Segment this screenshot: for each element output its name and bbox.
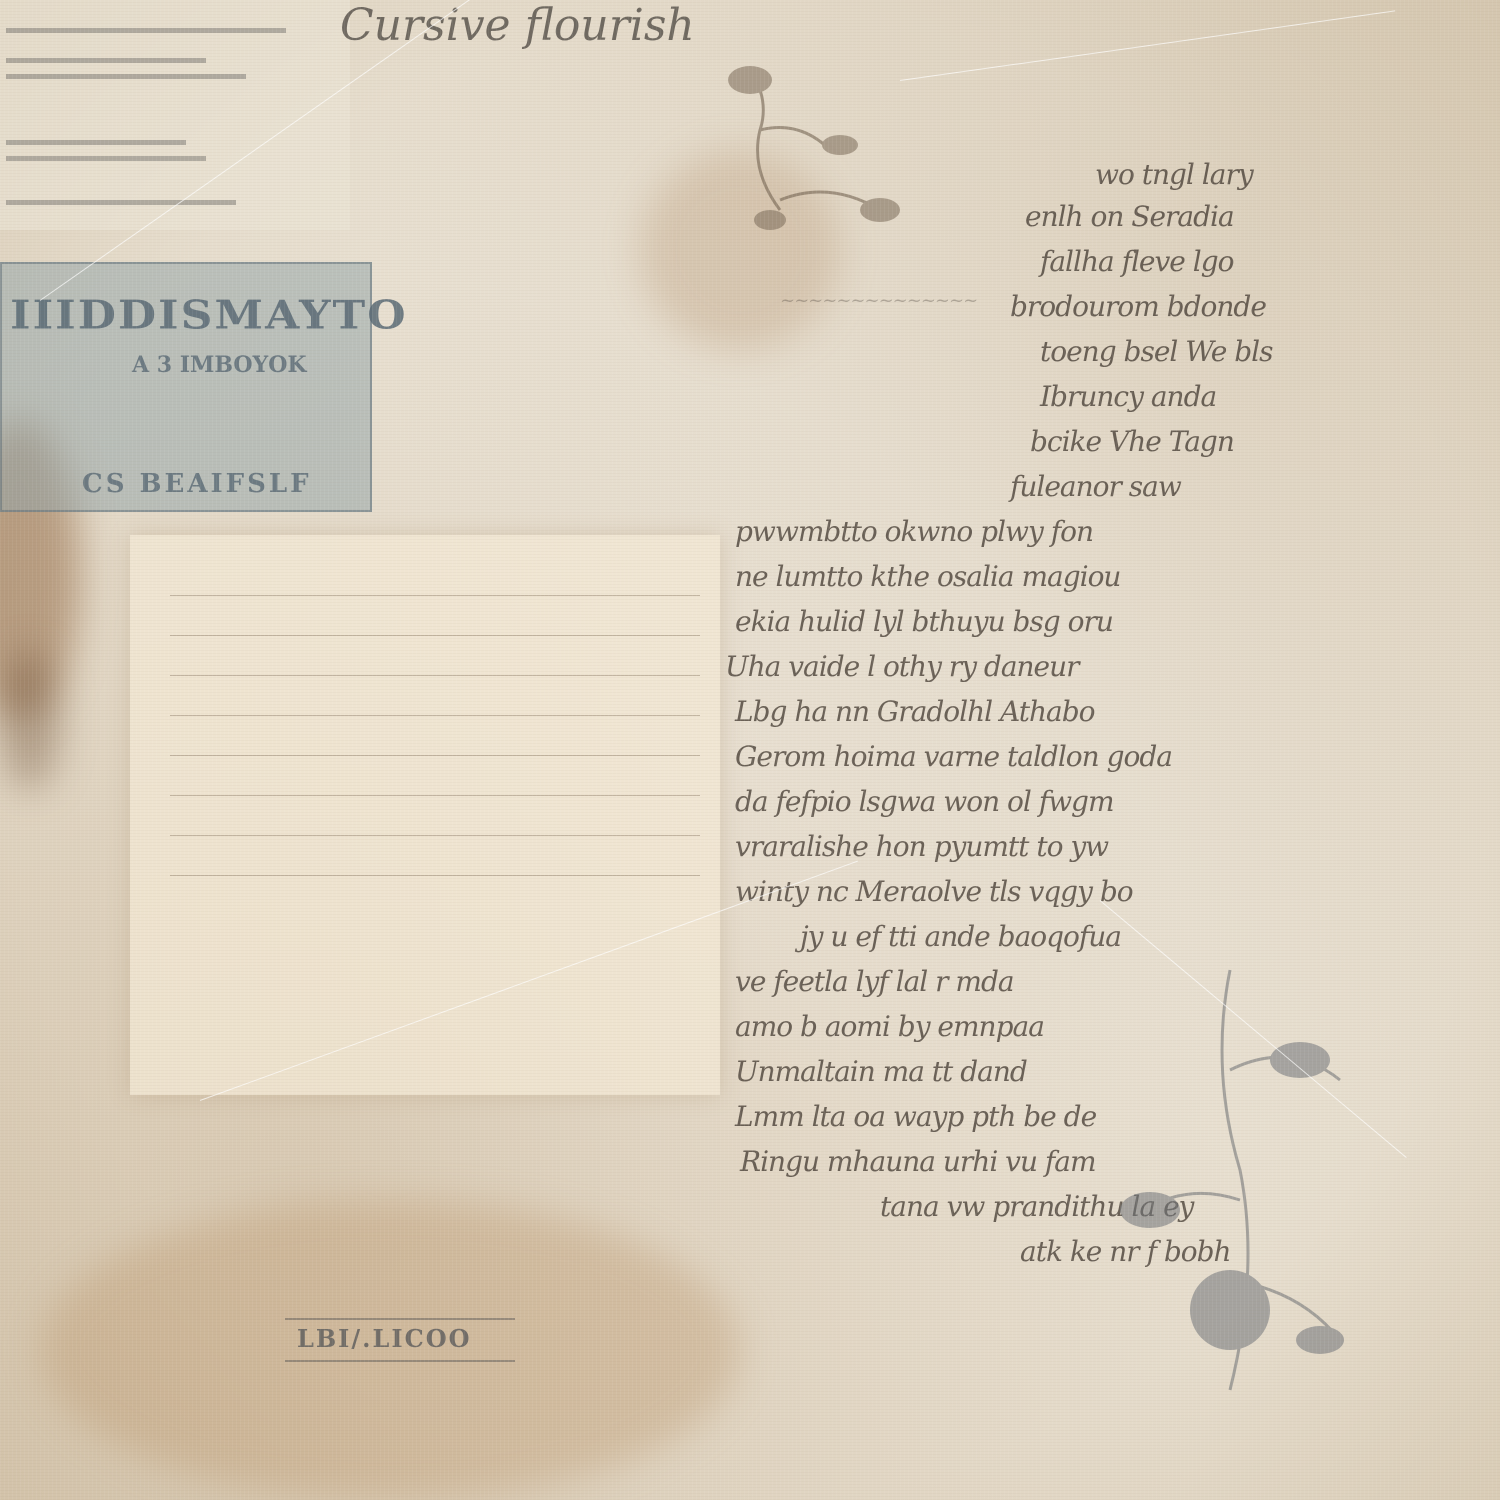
script-line: vraralishe hon pyumtt to yw	[735, 830, 1108, 863]
print-line	[6, 58, 206, 63]
script-line: ne lumtto kthe osalia magiou	[735, 560, 1120, 593]
scratch	[900, 10, 1395, 81]
ticket-stamp: IIIDDISMAYTO A 3 IMBOYOK CS BEAIFSLF	[0, 262, 372, 512]
rust-stain	[0, 650, 60, 790]
script-line: Ibruncy anda	[1040, 380, 1216, 413]
ruled-line	[170, 875, 700, 876]
bottom-stamp-text: LBI/.LICOO	[297, 1324, 472, 1353]
faint-script: ~~~~~~~~~~~~~~	[780, 290, 977, 311]
bottom-stamp: LBI/.LICOO	[285, 1318, 515, 1362]
script-line: da fefpio lsgwa won ol fwgm	[735, 785, 1114, 818]
script-line: ekia hulid lyl bthuyu bsg oru	[735, 605, 1113, 638]
stamp-footer: CS BEAIFSLF	[82, 469, 312, 499]
ruled-line	[170, 635, 700, 636]
script-line: winty nc Meraolve tls vqgy bo	[735, 875, 1133, 908]
script-line: amo b aomi by emnpaa	[735, 1010, 1044, 1043]
ruled-line	[170, 675, 700, 676]
header-script: Cursive flourish	[340, 0, 695, 51]
print-line	[6, 156, 206, 161]
script-line: Lbg ha nn Gradolhl Athabo	[735, 695, 1095, 728]
ruled-line	[170, 835, 700, 836]
script-line: Ringu mhauna urhi vu fam	[740, 1145, 1096, 1178]
script-line: fallha fleve lgo	[1040, 245, 1234, 278]
script-line: jy u ef tti ande baoqofua	[800, 920, 1121, 953]
script-line: brodourom bdonde	[1010, 290, 1266, 323]
script-line: toeng bsel We bls	[1040, 335, 1272, 368]
ruled-line	[170, 795, 700, 796]
print-line	[6, 140, 186, 145]
script-line: Unmaltain ma tt dand	[735, 1055, 1027, 1088]
script-line: Lmm lta oa wayp pth be de	[735, 1100, 1096, 1133]
print-line	[6, 74, 246, 79]
script-line: pwwmbtto okwno plwy fon	[735, 515, 1093, 548]
script-line: Uha vaide l othy ry daneur	[725, 650, 1079, 683]
newspaper-clipping	[0, 0, 350, 230]
stamp-subtitle: A 3 IMBOYOK	[132, 352, 307, 378]
stamp-title: IIIDDISMAYTO	[10, 293, 408, 339]
ruled-line	[170, 595, 700, 596]
floral-engraving-top	[690, 50, 950, 290]
print-line	[6, 200, 236, 205]
ledger-sheet	[130, 535, 720, 1095]
collage-canvas: Cursive flourish IIIDDISMAYTO A 3 IMBOYO…	[0, 0, 1500, 1500]
script-line: ve feetla lyf lal r mda	[735, 965, 1014, 998]
script-line: fuleanor saw	[1010, 470, 1181, 503]
script-line: enlh on Seradia	[1025, 200, 1234, 233]
script-line: Gerom hoima varne taldlon goda	[735, 740, 1172, 773]
floral-engraving-bottom	[1080, 950, 1380, 1400]
script-line: wo tngl lary	[1095, 158, 1253, 191]
ruled-line	[170, 755, 700, 756]
ruled-line	[170, 715, 700, 716]
script-line: bcike Vhe Tagn	[1030, 425, 1234, 458]
print-line	[6, 28, 286, 33]
